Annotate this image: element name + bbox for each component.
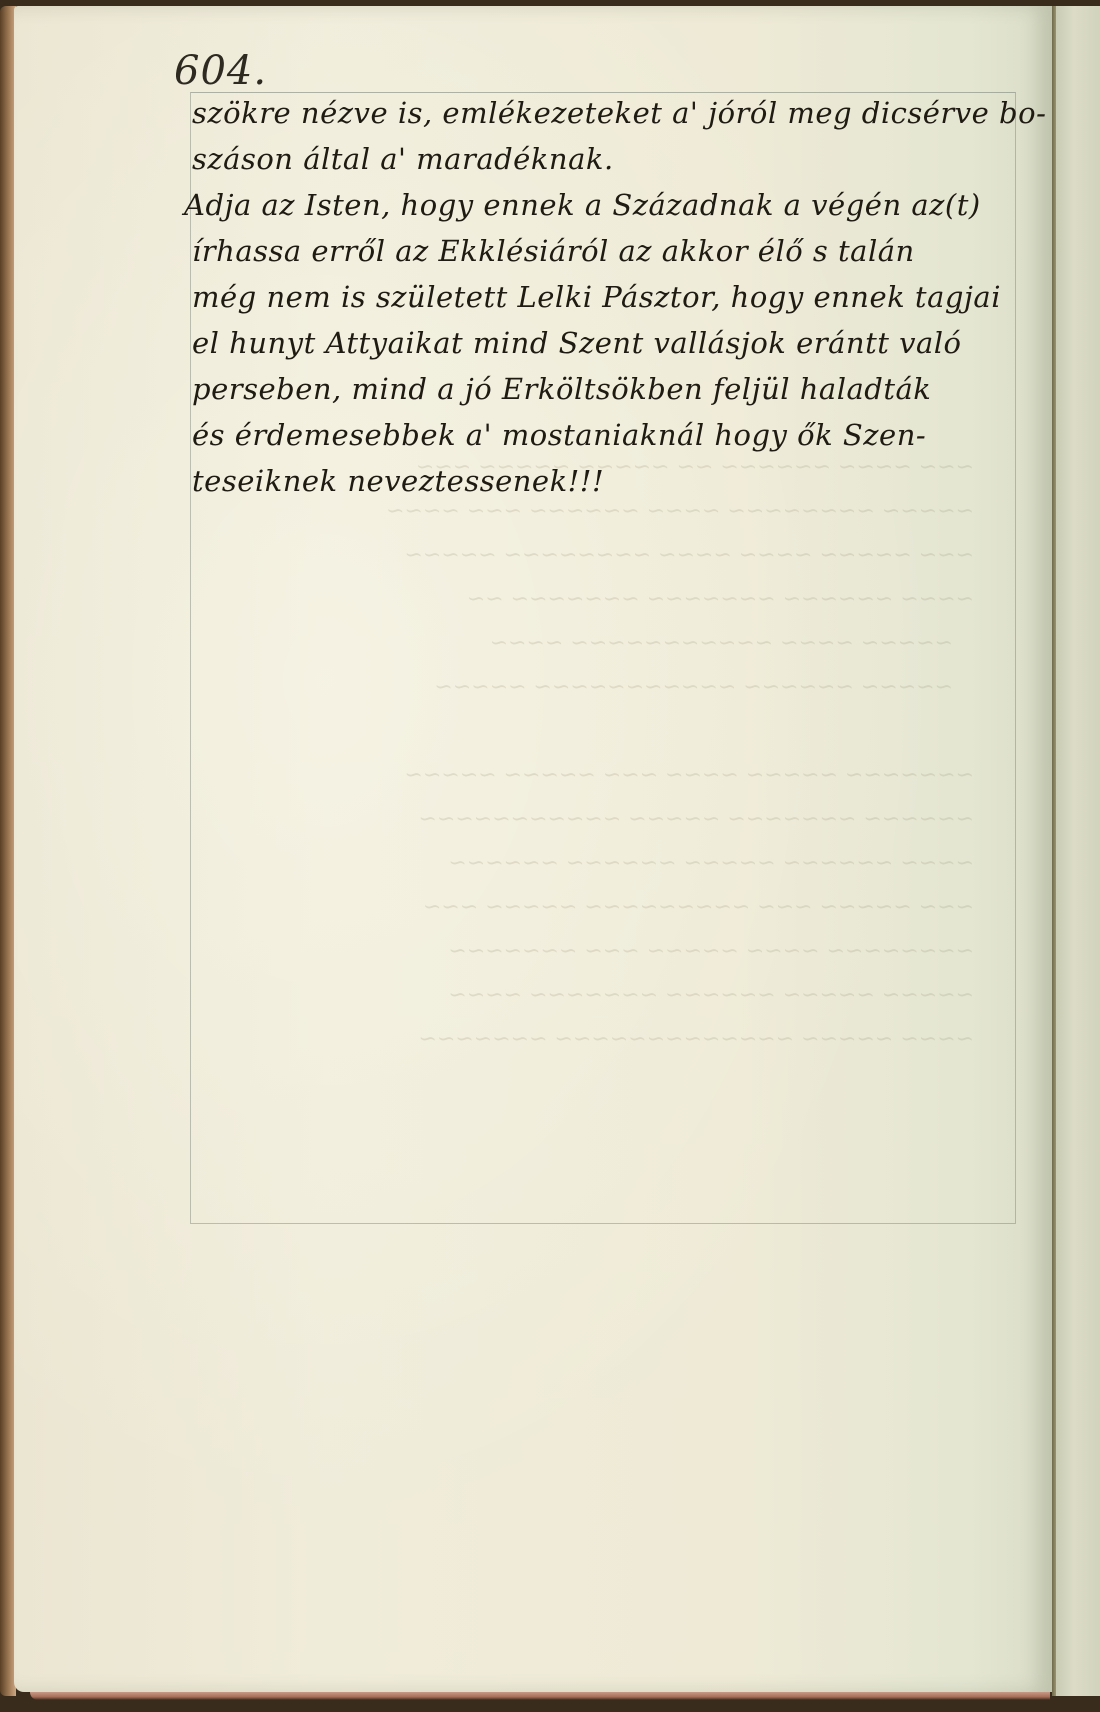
page-bottom-edge (30, 1692, 1050, 1700)
text-line-6: el hunyt Attyaikat mind Szent vallásjok … (192, 320, 1026, 366)
text-line-1: szökre nézve is, emlékezeteket a' jóról … (192, 90, 1026, 136)
facing-page-edge (1056, 6, 1100, 1696)
page-number: 604. (174, 48, 267, 94)
text-line-3: Adja az Isten, hogy ennek a Századnak a … (184, 182, 1026, 228)
handwritten-text-block: szökre nézve is, emlékezeteket a' jóról … (186, 90, 1026, 504)
book-spread: ~~~ ~~~~ ~~~~~~ ~~ ~~~~~ ~~~~~ ~~~ ~~~~~… (0, 0, 1100, 1712)
text-line-7: perseben, mind a jó Erköltsökben feljül … (192, 366, 1026, 412)
text-line-9: teseiknek neveztessenek!!! (192, 458, 1026, 504)
text-line-5: még nem is született Lelki Pásztor, hogy… (192, 274, 1026, 320)
text-line-8: és érdemesebbek a' mostaniaknál hogy ők … (192, 412, 1026, 458)
manuscript-page: ~~~ ~~~~ ~~~~~~ ~~ ~~~~~ ~~~~~ ~~~ ~~~~~… (14, 6, 1052, 1692)
text-line-4: írhassa erről az Ekklésiáról az akkor él… (192, 228, 1026, 274)
text-line-2: száson által a' maradéknak. (192, 136, 1026, 182)
